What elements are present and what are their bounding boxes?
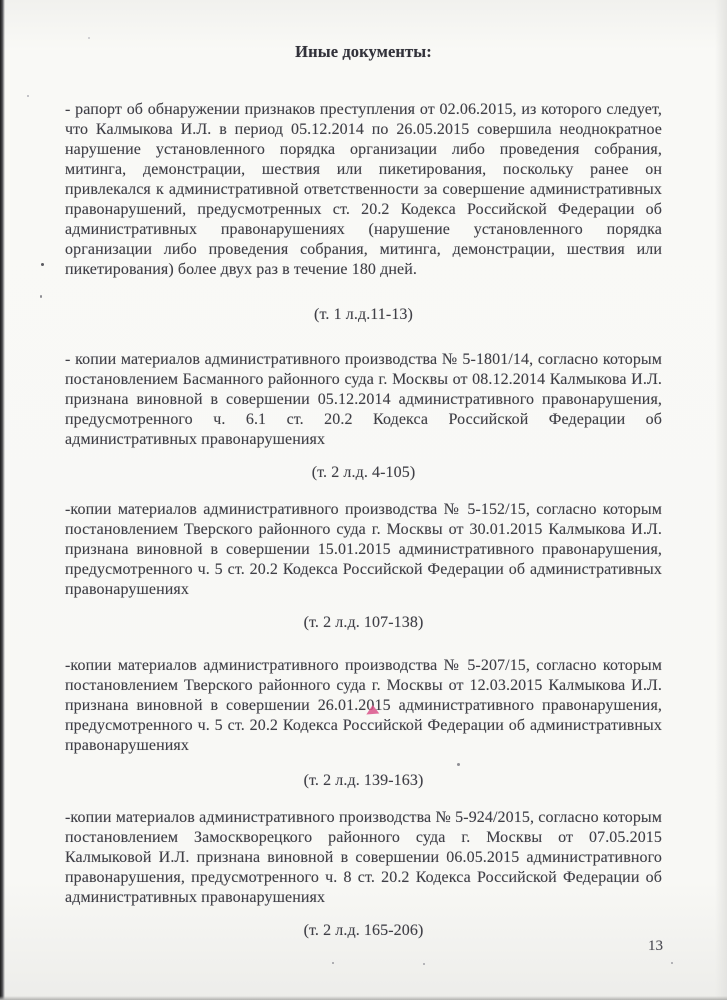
volume-page-reference: (т. 2 л.д. 139-163): [65, 771, 662, 791]
scan-edge-bottom: [0, 996, 727, 1000]
volume-page-reference: (т. 2 л.д. 107-138): [65, 613, 662, 633]
scan-edge-right: [715, 0, 727, 1000]
evidence-paragraph: - копии материалов административного про…: [65, 350, 662, 450]
scan-speck: [423, 963, 425, 965]
scan-speck: [41, 263, 44, 266]
document-title: Иные документы:: [65, 42, 662, 62]
scan-speck: [332, 962, 334, 964]
evidence-paragraph: -копии материалов административного прои…: [65, 500, 662, 600]
evidence-paragraph: -копии материалов административного прои…: [65, 656, 662, 756]
scan-speck: [27, 95, 29, 97]
page-number: 13: [648, 938, 663, 955]
evidence-paragraph: -копии материалов административного прои…: [65, 808, 662, 908]
scan-speck: [671, 962, 673, 964]
scanned-page: Иные документы: - рапорт об обнаружении …: [0, 0, 727, 1000]
scan-speck: [457, 763, 460, 766]
volume-page-reference: (т. 1 л.д.11-13): [65, 305, 662, 325]
evidence-paragraph: - рапорт об обнаружении признаков престу…: [65, 100, 662, 280]
scan-edge-left: [0, 0, 5, 1000]
red-annotation-mark: [366, 705, 380, 715]
volume-page-reference: (т. 2 л.д. 4-105): [65, 463, 662, 483]
scan-speck: [88, 37, 90, 39]
scan-speck: [40, 295, 42, 298]
volume-page-reference: (т. 2 л.д. 165-206): [65, 921, 662, 941]
